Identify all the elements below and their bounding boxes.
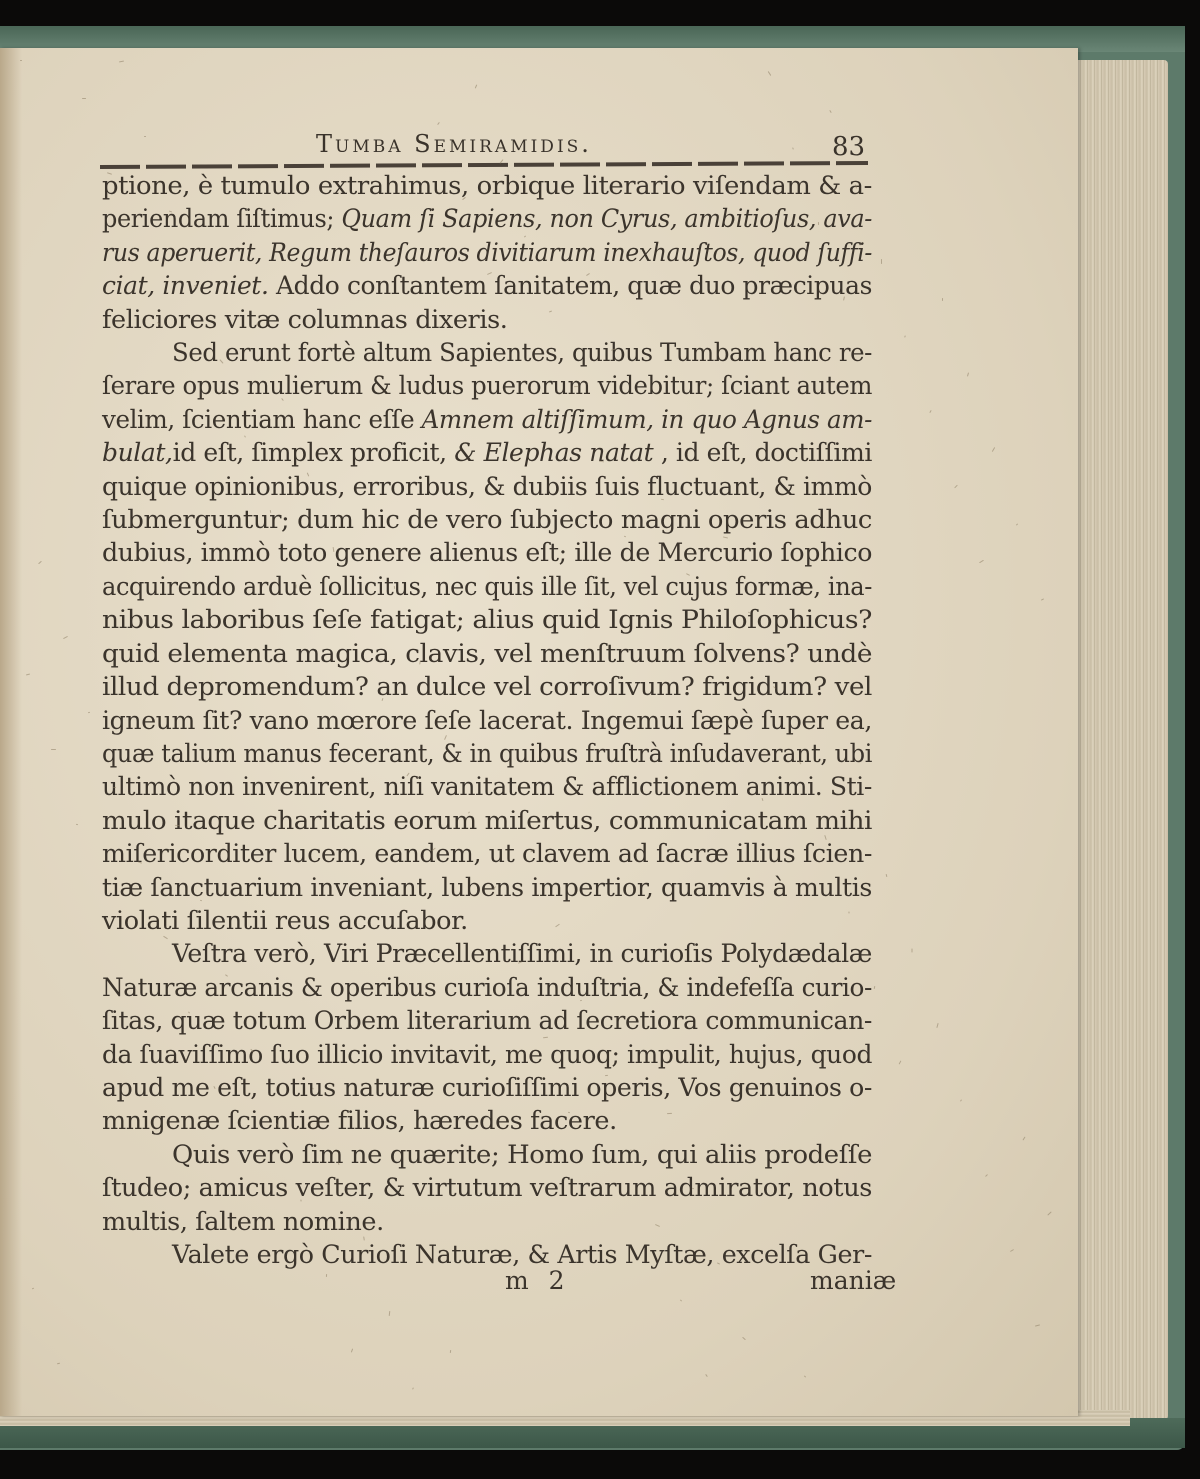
catchword: maniæ — [810, 1266, 896, 1295]
text-line: quæ talium manus fecerant, & in quibus f… — [102, 738, 872, 771]
text-segment: igneum ſit? vano mœrore ſeſe lacerat. In… — [102, 706, 872, 736]
paper-speck — [692, 1188, 694, 1189]
text-segment: quique opinionibus, erroribus, & dubiis … — [102, 472, 872, 502]
text-segment: ſtudeo; amicus veſter, & virtutum veſtra… — [102, 1173, 872, 1203]
text-line: Naturæ arcanis & operibus curioſa induſt… — [102, 972, 872, 1005]
text-line: rus aperuerit, Regum theſauros divitiaru… — [102, 237, 872, 270]
text-line: ptione, è tumulo extrahimus, orbique lit… — [102, 170, 872, 203]
text-line: dubius, immò toto genere alienus eſt; il… — [102, 537, 872, 570]
paper-speck — [568, 1112, 570, 1113]
italic-segment: ciat, inveniet. — [102, 271, 268, 301]
text-segment: miſericorditer lucem, eandem, ut clavem … — [102, 839, 872, 869]
text-line: mulo itaque charitatis eorum miſertus, c… — [102, 805, 872, 838]
text-segment: ſitas, quæ totum Orbem literarium ad ſec… — [102, 1006, 872, 1036]
italic-segment: rus aperuerit, Regum theſauros divitiaru… — [102, 238, 872, 268]
paper-speck — [912, 949, 913, 953]
paper-speck — [356, 623, 357, 625]
text-segment: violati ſilentii reus accuſabor. — [102, 906, 468, 936]
paper-speck — [200, 900, 202, 902]
text-segment: nibus laboribus ſeſe fatigat; alius quid… — [102, 605, 872, 635]
text-line: da ſuaviſſimo ſuo illicio invitavit, me … — [102, 1039, 872, 1072]
text-line: miſericorditer lucem, eandem, ut clavem … — [102, 838, 872, 871]
text-segment: Veſtra verò, Viri Præcellentiſſimi, in c… — [172, 939, 872, 969]
text-line: ciat, inveniet. Addo conſtantem ſanitate… — [102, 270, 872, 303]
paper-speck — [76, 824, 78, 826]
text-segment: quæ talium manus fecerant, & in quibus f… — [102, 739, 872, 769]
text-line: ultimò non invenirent, niſi vanitatem & … — [102, 771, 872, 804]
text-segment: acquirendo arduè ſollicitus, nec quis il… — [102, 572, 872, 602]
text-line: nibus laboribus ſeſe fatigat; alius quid… — [102, 604, 872, 637]
text-segment: Sed erunt fortè altum Sapientes, quibus … — [172, 338, 872, 368]
text-line: ſerare opus mulierum & ludus puerorum vi… — [102, 370, 872, 403]
italic-segment: bulat, — [102, 438, 173, 468]
text-line: Veſtra verò, Viri Præcellentiſſimi, in c… — [102, 938, 872, 971]
paper-speck — [624, 536, 626, 538]
text-line: ſitas, quæ totum Orbem literarium ad ſec… — [102, 1005, 872, 1038]
paper-speck — [848, 911, 849, 913]
text-segment: mnigenæ ſcientiæ filios, hæredes facere. — [102, 1106, 617, 1136]
text-segment: feliciores vitæ columnas dixeris. — [102, 305, 507, 335]
text-segment: Quis verò ſim ne quærite; Homo ſum, qui … — [172, 1140, 872, 1170]
paper-speck — [818, 222, 819, 225]
text-line: bulat,id eſt, ſimplex proficit, & Elepha… — [102, 437, 872, 470]
text-line: mnigenæ ſcientiæ filios, hæredes facere. — [102, 1105, 872, 1138]
page-number: 83 — [832, 132, 865, 162]
text-segment: mulo itaque charitatis eorum miſertus, c… — [102, 806, 872, 836]
body-text: ptione, è tumulo extrahimus, orbique lit… — [102, 170, 872, 1272]
text-line: illud depromendum? an dulce vel corroſiv… — [102, 671, 872, 704]
paper-speck — [244, 435, 246, 437]
text-segment: ptione, è tumulo extrahimus, orbique lit… — [102, 171, 872, 201]
text-line: ſtudeo; amicus veſter, & virtutum veſtra… — [102, 1172, 872, 1205]
text-line: igneum ſit? vano mœrore ſeſe lacerat. In… — [102, 705, 872, 738]
paper-speck — [113, 787, 116, 788]
text-segment: Addo conſtantem ſanitatem, quæ duo præci… — [268, 271, 872, 301]
paper-speck — [792, 147, 794, 149]
text-segment: periendam ſiſtimus; — [102, 204, 341, 234]
text-segment: da ſuaviſſimo ſuo illicio invitavit, me … — [102, 1040, 872, 1070]
paper-speck — [51, 749, 56, 750]
text-line: quid elementa magica, clavis, vel menſtr… — [102, 638, 872, 671]
text-segment: ultimò non invenirent, niſi vanitatem & … — [102, 772, 872, 802]
text-line: acquirendo arduè ſollicitus, nec quis il… — [102, 571, 872, 604]
paper-speck — [300, 1199, 301, 1201]
text-segment: quid elementa magica, clavis, vel menſtr… — [102, 639, 872, 669]
text-segment: apud me eſt, totius naturæ curioſiſſimi … — [102, 1073, 872, 1103]
text-line: multis, ſaltem nomine. — [102, 1206, 872, 1239]
gutter-stain — [0, 48, 22, 1416]
italic-segment: Quam ſi Sapiens, non Cyrus, ambitioſus, … — [341, 204, 872, 234]
paper-speck — [20, 60, 22, 61]
text-line: feliciores vitæ columnas dixeris. — [102, 304, 872, 337]
text-segment: , id eſt, doctiſſimi — [653, 438, 872, 468]
paper-speck — [881, 259, 882, 264]
text-line: tiæ ſanctuarium inveniant, lubens impert… — [102, 872, 872, 905]
text-segment: illud depromendum? an dulce vel corroſiv… — [102, 672, 872, 702]
text-segment: Naturæ arcanis & operibus curioſa induſt… — [102, 973, 872, 1003]
signature-mark: m 2 — [505, 1266, 571, 1295]
text-segment: ſubmerguntur; dum hic de vero ſubjecto m… — [102, 505, 872, 535]
text-segment: id eſt, ſimplex proficit, — [173, 438, 455, 468]
text-segment: multis, ſaltem nomine. — [102, 1207, 384, 1237]
paper-speck — [394, 586, 395, 589]
text-segment: ſerare opus mulierum & ludus puerorum vi… — [102, 371, 872, 401]
text-line: violati ſilentii reus accuſabor. — [102, 905, 872, 938]
paper-speck — [748, 612, 750, 614]
text-line: periendam ſiſtimus; Quam ſi Sapiens, non… — [102, 203, 872, 236]
running-head: Tumba Semiramidis. 83 — [0, 126, 1078, 166]
paper-speck — [636, 424, 638, 425]
text-line: ſubmerguntur; dum hic de vero ſubjecto m… — [102, 504, 872, 537]
paper-speck — [82, 98, 86, 99]
text-line: Valete ergò Curioſi Naturæ, & Artis Myſt… — [102, 1239, 872, 1272]
text-line: Quis verò ſim ne quærite; Homo ſum, qui … — [102, 1139, 872, 1172]
text-segment: dubius, immò toto genere alienus eſt; il… — [102, 538, 872, 568]
italic-segment: & Elephas natat — [454, 438, 653, 468]
running-title: Tumba Semiramidis. — [316, 130, 592, 158]
text-line: Sed erunt fortè altum Sapientes, quibus … — [102, 337, 872, 370]
text-line: apud me eſt, totius naturæ curioſiſſimi … — [102, 1072, 872, 1105]
text-line: quique opinionibus, erroribus, & dubiis … — [102, 471, 872, 504]
paper-speck — [144, 136, 146, 137]
italic-segment: Amnem altiſſimum, in quo Agnus am- — [422, 405, 872, 435]
text-segment: tiæ ſanctuarium inveniant, lubens impert… — [102, 873, 872, 903]
paper-speck — [132, 248, 134, 250]
paper-speck — [942, 298, 943, 301]
text-segment: velim, ſcientiam hanc eſſe — [102, 405, 422, 435]
text-line: velim, ſcientiam hanc eſſe Amnem altiſſi… — [102, 404, 872, 437]
